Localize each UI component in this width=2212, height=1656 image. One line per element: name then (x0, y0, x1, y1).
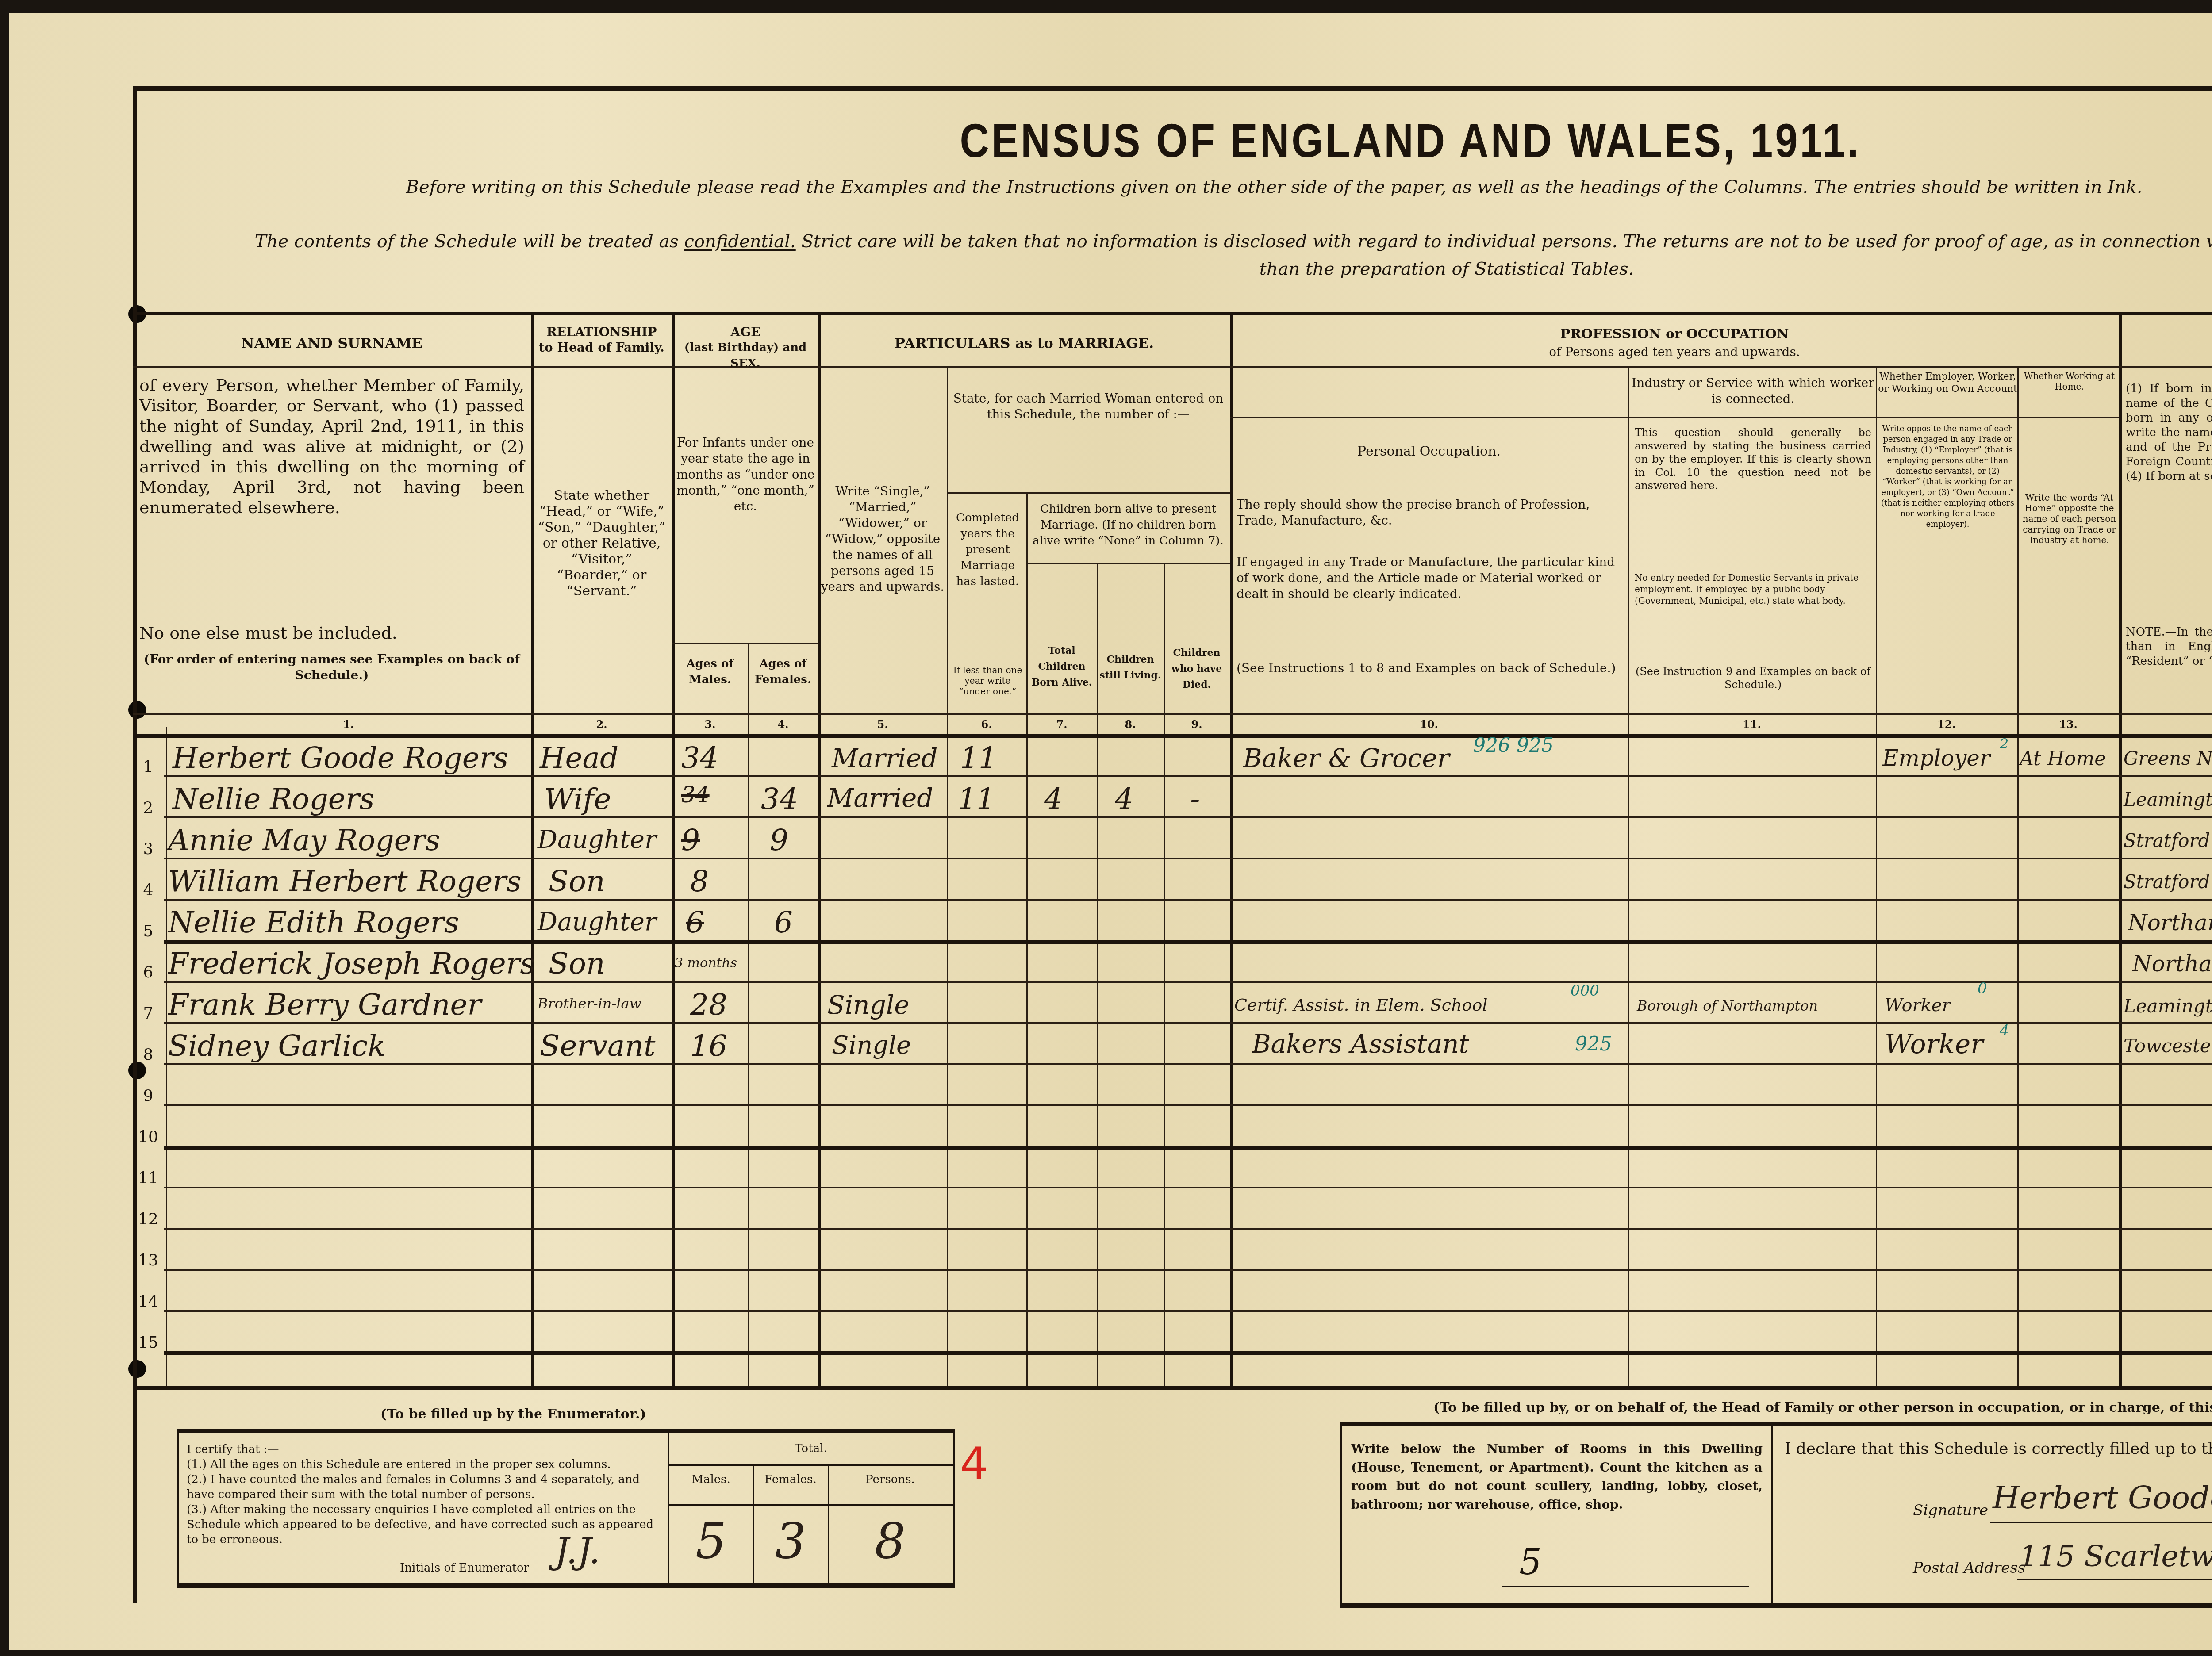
head-declaration-box: Write below the Number of Rooms in this … (1340, 1422, 2212, 1608)
cell-children-born[interactable]: 4 (1044, 782, 1063, 816)
header-col13: Whether Working at Home. (2020, 371, 2119, 392)
cell-name[interactable]: Nellie Edith Rogers (168, 905, 459, 939)
header-married-woman: State, for each Married Woman entered on… (949, 391, 1228, 422)
cell-birthplace[interactable]: Greens Norton, Northants (2124, 747, 2212, 769)
col-border (1026, 492, 1028, 1386)
cell-relationship[interactable]: Head (540, 741, 618, 775)
header-name-desc2: No one else must be included. (139, 625, 524, 641)
header-col5: Write “Single,” “Married,” “Widower,” or… (821, 483, 945, 595)
col-border (947, 366, 948, 1386)
colnum-2: 2. (531, 718, 672, 731)
colnum-12: 12. (1876, 718, 2017, 731)
cell-industry[interactable]: Borough of Northampton (1637, 997, 1818, 1014)
cell-age-male-struck: 9 (681, 823, 700, 857)
cell-birthplace[interactable]: Northampton (2128, 910, 2212, 935)
rooms-line (1502, 1586, 1749, 1587)
header-col12: Whether Employer, Worker, or Working on … (1878, 371, 2017, 395)
cell-children-living[interactable]: 4 (1115, 782, 1133, 816)
col-border (1628, 366, 1629, 1386)
totals-label: Total. (669, 1442, 953, 1455)
header-name-desc3: (For order of entering names see Example… (139, 652, 524, 683)
signature-line (1990, 1522, 2212, 1523)
col-border (1097, 563, 1098, 1386)
cell-age-male[interactable]: 8 (690, 864, 709, 898)
row-number: 6 (133, 963, 164, 981)
enumerator-section-title: (To be filled up by the Enumerator.) (380, 1407, 646, 1422)
cell-relationship[interactable]: Daughter (538, 908, 657, 936)
row-number: 8 (133, 1046, 164, 1064)
header-relationship: RELATIONSHIP (531, 324, 672, 340)
header-age: AGE (672, 324, 818, 340)
header-rule (1026, 563, 1230, 564)
cell-condition[interactable]: Single (832, 1031, 911, 1060)
head-section-title: (To be filled up by, or on behalf of, th… (1433, 1400, 2212, 1415)
cell-years-married[interactable]: 11 (958, 782, 995, 816)
totals-box: Total. Males. Females. Persons. 5 3 8 (668, 1433, 953, 1583)
row-number: 13 (133, 1251, 164, 1269)
header-rule (133, 713, 2212, 715)
enumerator-initials-label: Initials of Enumerator (400, 1561, 529, 1575)
cell-birthplace[interactable]: Stratford on Avon “ (2124, 830, 2212, 851)
header-col6b: If less than one year write “under one.” (949, 665, 1026, 697)
colnum-4: 4. (748, 718, 818, 731)
header-rule (1230, 417, 2119, 418)
row-number: 4 (133, 881, 164, 899)
cell-employer-status[interactable]: Employer (1882, 745, 1990, 771)
cell-employer-code: 2 (2000, 735, 2008, 752)
cell-age-male[interactable]: 28 (690, 988, 727, 1022)
header-marriage: PARTICULARS as to MARRIAGE. (818, 335, 1230, 351)
cell-name[interactable]: William Herbert Rogers (168, 864, 522, 898)
cell-relationship[interactable]: Son (549, 864, 605, 898)
header-col13-desc: Write the words “At Home” opposite the n… (2020, 492, 2119, 545)
females-total[interactable]: 3 (753, 1513, 828, 1569)
header-col11-desc3: (See Instruction 9 and Examples on back … (1635, 665, 1871, 691)
males-label: Males. (669, 1473, 753, 1486)
colnum-10: 10. (1230, 718, 1628, 731)
household-table: NAME AND SURNAME of every Person, whethe… (133, 312, 2212, 1390)
colnum-3: 3. (672, 718, 748, 731)
colnum-14: 14. (2119, 718, 2212, 731)
header-birthplace: BIRTHPLACE (2119, 326, 2212, 342)
cell-occupation-code: 926 925 (1473, 734, 1554, 757)
page-title: CENSUS OF ENGLAND AND WALES, 1911. (211, 113, 2212, 168)
colnum-11: 11. (1628, 718, 1876, 731)
cell-name[interactable]: Frederick Joseph Rogers (168, 947, 535, 981)
header-rule (672, 643, 818, 644)
cell-occupation[interactable]: Baker & Grocer (1243, 743, 1449, 773)
cell-employer-status[interactable]: Worker (1885, 1029, 1983, 1060)
row-number: 7 (133, 1004, 164, 1023)
cell-age-male-struck: 6 (686, 905, 704, 939)
header-col11-desc2: No entry needed for Domestic Servants in… (1635, 572, 1871, 606)
cell-occupation[interactable]: Bakers Assistant (1252, 1029, 1469, 1059)
persons-label: Persons. (828, 1473, 952, 1486)
cell-relationship[interactable]: Brother-in-law (538, 995, 641, 1012)
address-label: Postal Address (1913, 1559, 2025, 1577)
cell-occupation-code: 000 (1571, 982, 1599, 1000)
row-number: 9 (133, 1087, 164, 1105)
cell-birthplace[interactable]: Northampton (2132, 951, 2212, 977)
signature-field[interactable]: Herbert Goode Rogers (1993, 1480, 2212, 1516)
cell-condition[interactable]: Single (827, 990, 910, 1020)
row-number: 14 (133, 1292, 164, 1311)
cell-occupation[interactable]: Certif. Assist. in Elem. School (1234, 995, 1488, 1015)
rooms-count[interactable]: 5 (1519, 1541, 1542, 1583)
cell-age-male[interactable]: 16 (690, 1029, 727, 1063)
rooms-instructions: Write below the Number of Rooms in this … (1351, 1440, 1763, 1514)
header-col10-desc3: (See Instructions 1 to 8 and Examples on… (1237, 660, 1621, 676)
cell-employer-status[interactable]: Worker (1885, 995, 1951, 1016)
header-col6: Completed years the present Marriage has… (949, 510, 1026, 590)
header-rule (133, 366, 2212, 368)
header-col10-desc: The reply should show the precise branch… (1237, 497, 1621, 529)
header-birthplace-desc: (1) If born in the United Kingdom, write… (2126, 382, 2212, 484)
cell-relationship[interactable]: Son (549, 947, 605, 981)
header-col11-desc: This question should generally be answer… (1635, 426, 1871, 492)
colnum-13: 13. (2017, 718, 2119, 731)
address-line (2017, 1579, 2212, 1580)
header-birthplace-sub: of every person. (2119, 343, 2212, 359)
header-col12-desc: Write opposite the name of each person e… (1878, 424, 2017, 530)
col-border (818, 315, 821, 1386)
cell-birthplace[interactable]: Leamington, Warwickshire (2124, 995, 2212, 1017)
col-border (531, 315, 534, 1386)
header-age-desc: For Infants under one year state the age… (675, 435, 816, 514)
confidentiality-notice: The contents of the Schedule will be tre… (133, 228, 2212, 283)
row-number: 10 (133, 1128, 164, 1146)
colnum-1: 1. (166, 718, 531, 731)
col-border (2119, 315, 2122, 1386)
header-rule (947, 492, 1230, 494)
header-relationship-desc: State whether “Head,” or “Wife,” “Son,” … (535, 488, 668, 599)
header-age-sub: (last Birthday) and SEX. (672, 340, 818, 372)
col-border (166, 727, 167, 1386)
header-col7: Total Children Born Alive. (1026, 643, 1097, 690)
header-col10: Personal Occupation. (1230, 444, 1628, 460)
cell-age-female[interactable]: 9 (770, 823, 788, 857)
cell-birthplace[interactable]: Stratford on Avon “ (2124, 871, 2212, 893)
header-occupation-sub: of Persons aged ten years and upwards. (1230, 344, 2119, 360)
col-border (1230, 315, 1233, 1386)
cell-children-died[interactable]: - (1190, 782, 1200, 816)
cell-name[interactable]: Herbert Goode Rogers (173, 741, 508, 775)
header-relationship-sub: to Head of Family. (531, 340, 672, 356)
colnum-6: 6. (947, 718, 1026, 731)
header-birthplace-note: NOTE.—In the case of persons born elsewh… (2126, 625, 2212, 669)
red-annotation-mark: 4 (960, 1437, 988, 1489)
males-total[interactable]: 5 (669, 1513, 753, 1569)
col-border (2017, 366, 2019, 1386)
row-number: 1 (133, 758, 164, 776)
header-col11: Industry or Service with which worker is… (1630, 375, 1876, 407)
declaration-text: I declare that this Schedule is correctl… (1785, 1440, 2212, 1458)
enumerator-initials[interactable]: J.J. (555, 1530, 600, 1572)
rooms-box: Write below the Number of Rooms in this … (1342, 1426, 1773, 1603)
colnum-9: 9. (1164, 718, 1230, 731)
row-number: 3 (133, 840, 164, 858)
cell-occupation-code: 925 (1575, 1033, 1612, 1055)
cell-relationship[interactable]: Servant (540, 1029, 656, 1063)
persons-total[interactable]: 8 (828, 1513, 952, 1569)
instructions-subtitle: Before writing on this Schedule please r… (133, 177, 2212, 197)
header-age-females: Ages of Females. (748, 656, 818, 688)
cell-age-male[interactable]: 3 months (675, 955, 737, 971)
cell-employer-code: 4 (2000, 1022, 2009, 1039)
cell-condition[interactable]: Married (832, 743, 937, 773)
cell-relationship[interactable]: Wife (544, 782, 611, 816)
colnum-7: 7. (1026, 718, 1097, 731)
header-age-males: Ages of Males. (672, 656, 748, 688)
cell-years-married[interactable]: 11 (960, 741, 997, 775)
header-occupation: PROFESSION or OCCUPATION (1230, 326, 2119, 342)
cell-birthplace[interactable]: Towcester, Northants (2124, 1035, 2212, 1057)
header-name-desc: of every Person, whether Member of Famil… (139, 375, 524, 517)
colnum-8: 8. (1097, 718, 1164, 731)
row-number: 15 (133, 1334, 164, 1352)
cell-age-male-struck: 34 (681, 782, 710, 808)
header-name: NAME AND SURNAME (133, 335, 531, 351)
cell-name[interactable]: Frank Berry Gardner (168, 988, 481, 1022)
enumerator-certificate: I certify that :— (1.) All the ages on t… (177, 1429, 955, 1588)
cell-at-home[interactable]: At Home (2020, 747, 2106, 770)
cell-condition[interactable]: Married (827, 783, 933, 813)
cell-employer-code: 0 (1978, 980, 1987, 997)
header-children: Children born alive to present Marriage.… (1029, 501, 1228, 549)
col-border (1876, 366, 1877, 1386)
row-number: 12 (133, 1210, 164, 1228)
address-field[interactable]: 115 Scarletwell Street. Northampton (2019, 1539, 2212, 1573)
row-number: 5 (133, 922, 164, 940)
cell-name[interactable]: Nellie Rogers (173, 782, 374, 816)
cell-birthplace[interactable]: Leamington, Warwickshire (2124, 789, 2212, 810)
cell-age-female[interactable]: 6 (774, 905, 793, 939)
females-label: Females. (753, 1473, 828, 1486)
signature-label: Signature (1913, 1502, 1988, 1519)
cell-relationship[interactable]: Daughter (538, 825, 657, 854)
cell-age-male[interactable]: 34 (681, 741, 718, 775)
cell-age-female[interactable]: 34 (761, 782, 798, 816)
row-number: 11 (133, 1169, 164, 1187)
header-col10-desc2: If engaged in any Trade or Manufacture, … (1237, 554, 1621, 602)
cell-name[interactable]: Annie May Rogers (168, 823, 440, 857)
colnum-5: 5. (818, 718, 947, 731)
cell-name[interactable]: Sidney Garlick (168, 1029, 385, 1063)
header-col8: Children still Living. (1097, 652, 1164, 683)
row-number: 2 (133, 799, 164, 817)
col-border (748, 643, 749, 1386)
header-col9: Children who have Died. (1164, 645, 1230, 693)
